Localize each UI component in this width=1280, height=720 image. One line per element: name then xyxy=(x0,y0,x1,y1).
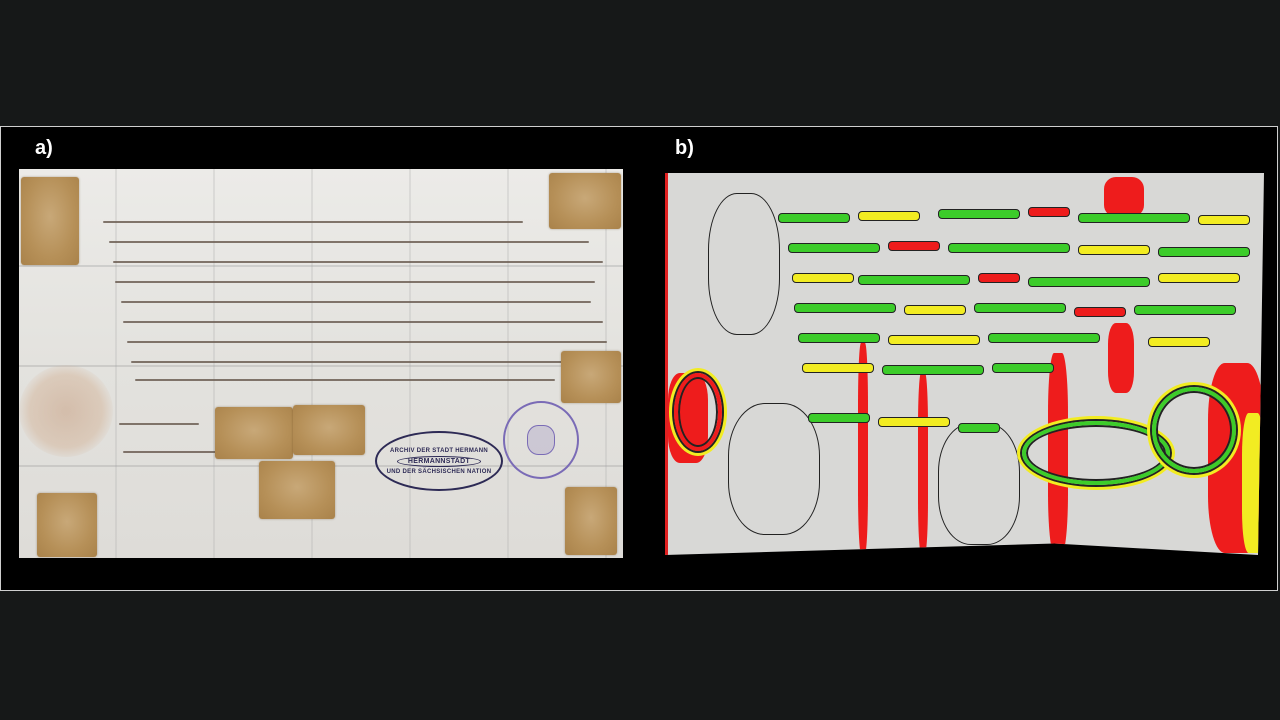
stroke-highlight xyxy=(888,241,940,251)
paper-patch xyxy=(565,487,617,555)
stamp-emblem xyxy=(527,425,555,455)
stroke-highlight xyxy=(1028,277,1150,287)
stroke-highlight xyxy=(778,213,850,223)
stroke-highlight xyxy=(1134,305,1236,315)
handwriting-line xyxy=(127,341,607,343)
stamp-bottom-text: UND DER SÄCHSISCHEN NATION xyxy=(387,469,492,475)
paper-patch xyxy=(37,493,97,557)
stamp-middle-text: HERMANNSTADT xyxy=(397,456,481,467)
red-region xyxy=(1108,323,1134,393)
paper-patch xyxy=(259,461,335,519)
handwriting-line xyxy=(131,361,591,363)
stroke-highlight xyxy=(958,423,1000,433)
handwriting-line xyxy=(113,261,603,263)
stroke-highlight xyxy=(904,305,966,315)
edge-detection-overlay xyxy=(665,173,1264,555)
figure-frame: a) b) ARCHIV DER STADT HERMANN HERMANNST… xyxy=(0,126,1278,591)
stroke-highlight xyxy=(794,303,896,313)
yellow-region xyxy=(1242,413,1264,553)
handwriting-line xyxy=(109,241,589,243)
red-region xyxy=(858,343,868,553)
stroke-highlight xyxy=(1148,337,1210,347)
stroke-highlight xyxy=(978,273,1020,283)
stroke-highlight xyxy=(888,335,980,345)
handwriting-line xyxy=(135,379,555,381)
stroke-highlight xyxy=(1158,247,1250,257)
paper-patch xyxy=(21,177,79,265)
red-region xyxy=(1104,177,1144,217)
stroke-highlight xyxy=(792,273,854,283)
stroke-highlight xyxy=(882,365,984,375)
stroke-highlight xyxy=(808,413,870,423)
signature-line xyxy=(119,423,199,425)
stroke-highlight xyxy=(1078,245,1150,255)
handwriting-line xyxy=(115,281,595,283)
stroke-highlight xyxy=(1158,273,1240,283)
panel-b-label: b) xyxy=(675,137,694,160)
fold-line xyxy=(19,365,623,367)
paper-patch xyxy=(549,173,621,229)
fold-line xyxy=(19,265,623,267)
signature-line xyxy=(123,451,219,453)
paper-patch xyxy=(561,351,621,403)
stroke-highlight xyxy=(1198,215,1250,225)
stroke-highlight xyxy=(858,211,920,221)
stroke-highlight xyxy=(878,417,950,427)
stroke-highlight xyxy=(974,303,1066,313)
panel-a-label: a) xyxy=(35,137,53,160)
stamp-top-text: ARCHIV DER STADT HERMANN xyxy=(390,448,488,454)
oval-stamp-detection xyxy=(1022,421,1170,485)
stroke-highlight xyxy=(988,333,1100,343)
red-region xyxy=(918,373,928,553)
edge-contour xyxy=(708,193,780,335)
paper-patch xyxy=(215,407,293,459)
stroke-highlight xyxy=(858,275,970,285)
edge-contour xyxy=(938,423,1020,545)
stroke-highlight xyxy=(1074,307,1126,317)
stroke-highlight xyxy=(1078,213,1190,223)
stroke-highlight xyxy=(992,363,1054,373)
stroke-highlight xyxy=(802,363,874,373)
archive-stamp-round xyxy=(503,401,579,479)
manuscript-photo: ARCHIV DER STADT HERMANN HERMANNSTADT UN… xyxy=(19,169,623,558)
round-stamp-detection xyxy=(1152,387,1236,473)
handwriting-line xyxy=(103,221,523,223)
handwriting-line xyxy=(123,321,603,323)
handwriting-line xyxy=(121,301,591,303)
paper-patch xyxy=(293,405,365,455)
archive-stamp-oval: ARCHIV DER STADT HERMANN HERMANNSTADT UN… xyxy=(375,431,503,491)
seal-stain-detection xyxy=(674,373,722,451)
wax-seal-stain xyxy=(19,365,113,457)
edge-contour xyxy=(728,403,820,535)
stroke-highlight xyxy=(798,333,880,343)
stroke-highlight xyxy=(1028,207,1070,217)
stroke-highlight xyxy=(938,209,1020,219)
stroke-highlight xyxy=(948,243,1070,253)
stroke-highlight xyxy=(788,243,880,253)
